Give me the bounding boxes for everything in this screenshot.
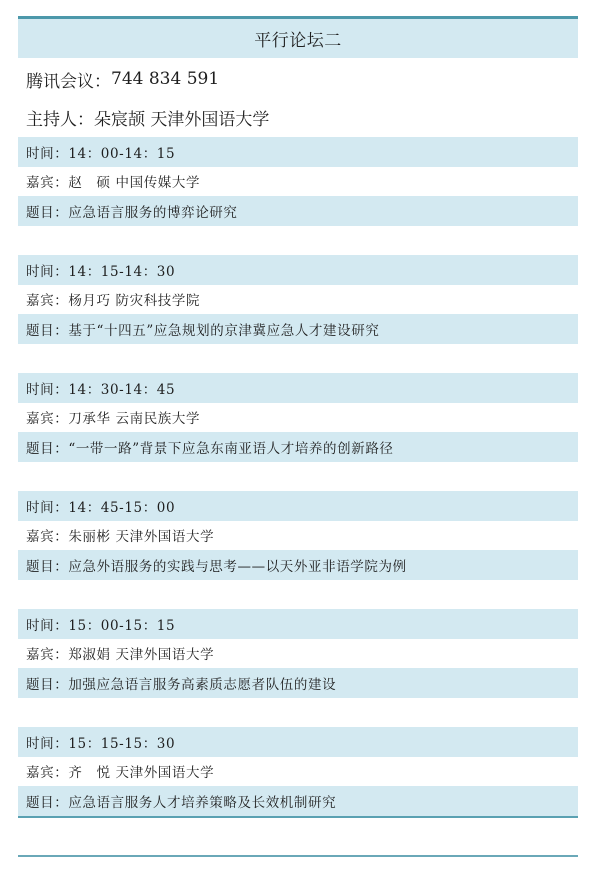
forum-title-bar: 平行论坛二	[18, 16, 578, 58]
forum-title: 平行论坛二	[254, 26, 342, 51]
session-block: 时间：14：00-14：15 嘉宾：赵 硕 中国传媒大学 题目：应急语言服务的博…	[18, 137, 578, 255]
session-topic-row: 题目：加强应急语言服务高素质志愿者队伍的建设	[18, 668, 578, 698]
bottom-divider	[18, 855, 578, 857]
session-time: 15：15-15：30	[68, 732, 175, 752]
session-guest-row: 嘉宾：齐 悦 天津外国语大学	[18, 757, 578, 787]
session-guest: 齐 悦 天津外国语大学	[68, 761, 214, 781]
session-topic: 基于“十四五”应急规划的京津冀应急人才建设研究	[68, 319, 379, 339]
session-time-row: 时间：14：00-14：15	[18, 137, 578, 167]
forum-schedule: 平行论坛二 腾讯会议：744 834 591 主持人：朵宸颉 天津外国语大学 时…	[18, 16, 578, 136]
meeting-info: 腾讯会议：744 834 591	[18, 60, 578, 98]
guest-label: 嘉宾：	[26, 525, 68, 545]
topic-label: 题目：	[26, 437, 68, 457]
session-guest-row: 嘉宾：刀承华 云南民族大学	[18, 403, 578, 433]
guest-label: 嘉宾：	[26, 407, 68, 427]
meeting-label: 腾讯会议：	[26, 67, 111, 92]
session-topic-row: 题目：“一带一路”背景下应急东南亚语人才培养的创新路径	[18, 432, 578, 462]
session-topic-row: 题目：应急语言服务的博弈论研究	[18, 196, 578, 226]
session-topic: “一带一路”背景下应急东南亚语人才培养的创新路径	[68, 437, 393, 457]
meeting-id: 744 834 591	[111, 69, 219, 89]
session-guest: 朱丽彬 天津外国语大学	[68, 525, 214, 545]
session-topic-row: 题目：应急外语服务的实践与思考——以天外亚非语学院为例	[18, 550, 578, 580]
session-guest: 杨月巧 防灾科技学院	[68, 289, 200, 309]
topic-label: 题目：	[26, 319, 68, 339]
session-block: 时间：14：45-15：00 嘉宾：朱丽彬 天津外国语大学 题目：应急外语服务的…	[18, 491, 578, 609]
session-topic: 应急语言服务的博弈论研究	[68, 201, 237, 221]
time-label: 时间：	[26, 496, 68, 516]
session-block: 时间：15：15-15：30 嘉宾：齐 悦 天津外国语大学 题目：应急语言服务人…	[18, 727, 578, 845]
session-time: 14：00-14：15	[68, 142, 175, 162]
session-time: 14：45-15：00	[68, 496, 175, 516]
topic-label: 题目：	[26, 201, 68, 221]
guest-label: 嘉宾：	[26, 761, 68, 781]
session-block: 时间：15：00-15：15 嘉宾：郑淑娟 天津外国语大学 题目：加强应急语言服…	[18, 609, 578, 727]
session-guest: 刀承华 云南民族大学	[68, 407, 200, 427]
session-time: 14：15-14：30	[68, 260, 175, 280]
session-block: 时间：14：30-14：45 嘉宾：刀承华 云南民族大学 题目：“一带一路”背景…	[18, 373, 578, 491]
session-topic-row: 题目：应急语言服务人才培养策略及长效机制研究	[18, 786, 578, 818]
session-time-row: 时间：14：45-15：00	[18, 491, 578, 521]
host-info: 主持人：朵宸颉 天津外国语大学	[18, 98, 578, 136]
session-guest-row: 嘉宾：郑淑娟 天津外国语大学	[18, 639, 578, 669]
session-guest: 赵 硕 中国传媒大学	[68, 171, 200, 191]
session-time-row: 时间：15：00-15：15	[18, 609, 578, 639]
time-label: 时间：	[26, 614, 68, 634]
session-time-row: 时间：15：15-15：30	[18, 727, 578, 757]
session-guest: 郑淑娟 天津外国语大学	[68, 643, 214, 663]
session-topic: 加强应急语言服务高素质志愿者队伍的建设	[68, 673, 336, 693]
session-topic: 应急语言服务人才培养策略及长效机制研究	[68, 791, 336, 811]
session-list: 时间：14：00-14：15 嘉宾：赵 硕 中国传媒大学 题目：应急语言服务的博…	[18, 137, 578, 845]
session-topic: 应急外语服务的实践与思考——以天外亚非语学院为例	[68, 555, 406, 575]
time-label: 时间：	[26, 378, 68, 398]
session-time-row: 时间：14：15-14：30	[18, 255, 578, 285]
session-guest-row: 嘉宾：朱丽彬 天津外国语大学	[18, 521, 578, 551]
time-label: 时间：	[26, 732, 68, 752]
topic-label: 题目：	[26, 791, 68, 811]
host-name: 朵宸颉 天津外国语大学	[94, 105, 269, 130]
topic-label: 题目：	[26, 555, 68, 575]
time-label: 时间：	[26, 260, 68, 280]
session-time: 15：00-15：15	[68, 614, 175, 634]
guest-label: 嘉宾：	[26, 171, 68, 191]
time-label: 时间：	[26, 142, 68, 162]
session-topic-row: 题目：基于“十四五”应急规划的京津冀应急人才建设研究	[18, 314, 578, 344]
session-block: 时间：14：15-14：30 嘉宾：杨月巧 防灾科技学院 题目：基于“十四五”应…	[18, 255, 578, 373]
session-time: 14：30-14：45	[68, 378, 175, 398]
host-label: 主持人：	[26, 105, 94, 130]
session-guest-row: 嘉宾：杨月巧 防灾科技学院	[18, 285, 578, 315]
guest-label: 嘉宾：	[26, 643, 68, 663]
topic-label: 题目：	[26, 673, 68, 693]
session-guest-row: 嘉宾：赵 硕 中国传媒大学	[18, 167, 578, 197]
session-time-row: 时间：14：30-14：45	[18, 373, 578, 403]
guest-label: 嘉宾：	[26, 289, 68, 309]
